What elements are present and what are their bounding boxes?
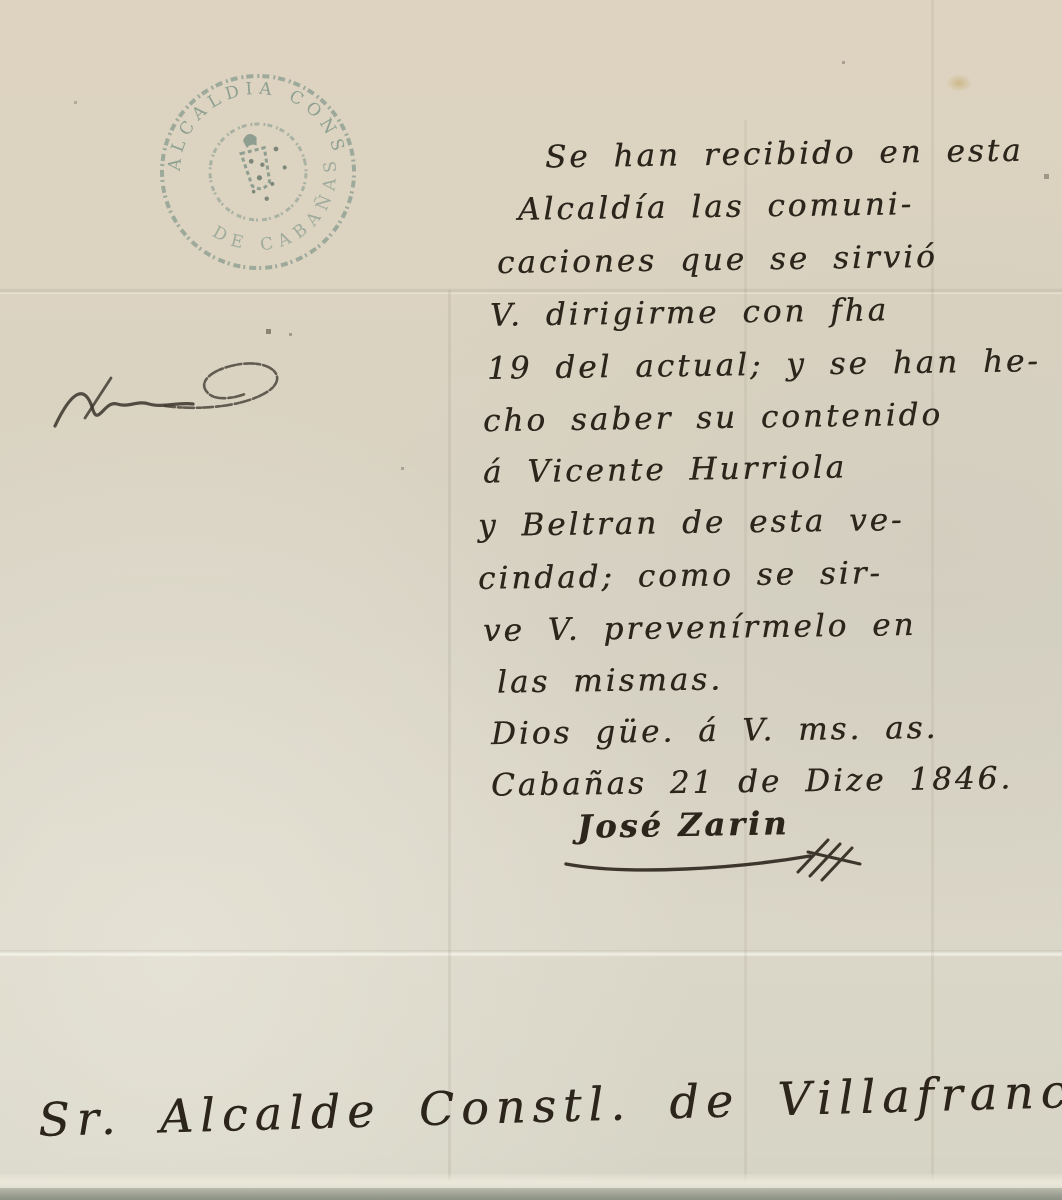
marginal-annotation: [45, 348, 295, 443]
paper-bottom-edge-highlight: [0, 1174, 1062, 1188]
vertical-fold-crease: [744, 120, 747, 1200]
vertical-fold-crease: [931, 0, 934, 1200]
signature-rubric-flourish: [560, 838, 890, 892]
body-line: Cabañas 21 de Dize 1846.: [491, 760, 1014, 803]
horizontal-fold-crease: [0, 288, 1062, 294]
body-line: á Vicente Hurriola: [483, 449, 848, 490]
paper-bottom-edge-shadow: [0, 1188, 1062, 1200]
body-line: las mismas.: [497, 661, 724, 700]
stamp-legend-bottom: DE CABAÑAS: [196, 150, 360, 268]
horizontal-fold-crease: [0, 950, 1062, 957]
body-line: cindad; como se sir-: [478, 555, 883, 597]
body-line: caciones que se sirvió: [497, 239, 938, 281]
ink-specks: [0, 0, 1, 1]
stamp-inner-ring: [200, 114, 316, 230]
letter-scan: ALCALDIA CONSTL. DE CABAÑAS: [0, 0, 1062, 1200]
paper-stain: [946, 74, 972, 92]
body-line: cho saber su contenido: [483, 397, 943, 439]
body-line: Dios güe. á V. ms. as.: [491, 710, 939, 752]
stamp-legend-top: ALCALDIA CONSTL.: [125, 39, 350, 206]
vertical-fold-crease: [448, 290, 451, 1200]
body-line: 19 del actual; y se han he-: [487, 343, 1041, 387]
body-line: ve V. prevenírmelo en: [483, 607, 917, 649]
address-line: Sr. Alcalde Constl. de Villafranca: [37, 1063, 1062, 1147]
stamp-emblem: [237, 127, 294, 204]
body-line: y Beltran de esta ve-: [478, 502, 905, 544]
body-line: Se han recibido en esta: [545, 133, 1024, 176]
body-line: Alcaldía las comuni-: [518, 186, 915, 228]
official-ink-stamp: ALCALDIA CONSTL. DE CABAÑAS: [125, 39, 392, 306]
body-line: V. dirigirme con fha: [490, 292, 890, 334]
